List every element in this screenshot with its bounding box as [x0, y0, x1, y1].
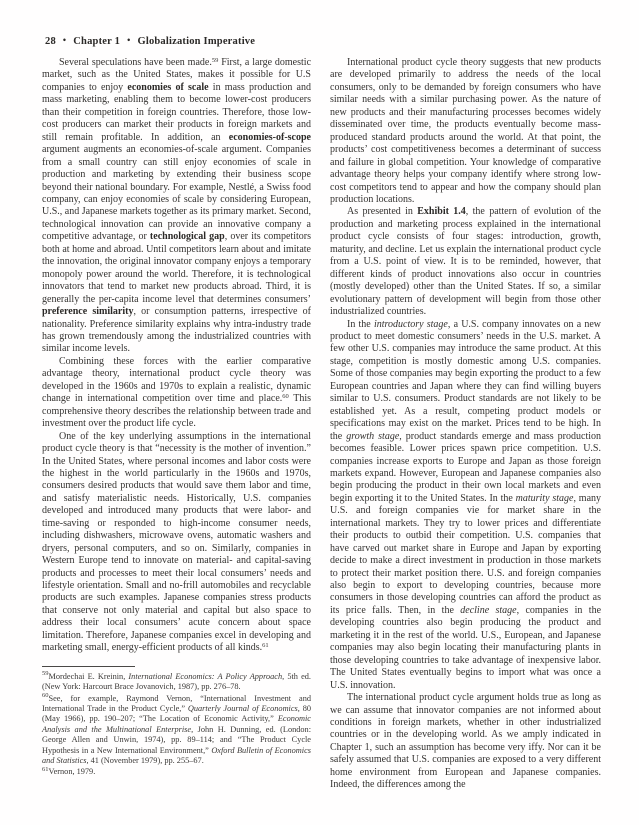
bullet-separator: •: [63, 35, 66, 45]
paragraph-speculations: Several speculations have been made.59 F…: [42, 57, 311, 356]
left-column: Several speculations have been made.59 F…: [42, 57, 311, 779]
chapter-label: Chapter 1: [73, 36, 120, 47]
paragraph-exhibit-14: As presented in Exhibit 1.4, the pattern…: [330, 206, 601, 318]
right-column: International product cycle theory sugge…: [330, 57, 601, 792]
bullet-separator: •: [127, 35, 130, 45]
page-header: 28•Chapter 1•Globalization Imperative: [45, 36, 255, 47]
footnote-61: 61Vernon, 1979.: [42, 767, 311, 777]
paragraph-product-cycle-theory: International product cycle theory sugge…: [330, 57, 601, 206]
paragraph-combining-forces: Combining these forces with the earlier …: [42, 356, 311, 431]
paragraph-four-stages: In the introductory stage, a U.S. compan…: [330, 319, 601, 693]
paragraph-argument-holds-true: The international product cycle argument…: [330, 692, 601, 792]
page-number: 28: [45, 36, 56, 47]
chapter-title: Globalization Imperative: [137, 36, 255, 47]
footnote-59: 59Mordechai E. Kreinin, International Ec…: [42, 672, 311, 693]
footnote-separator: [42, 666, 135, 667]
footnote-60: 60See, for example, Raymond Vernon, “Int…: [42, 694, 311, 767]
paragraph-key-assumptions: One of the key underlying assumptions in…: [42, 431, 311, 655]
document-page: 28•Chapter 1•Globalization Imperative Se…: [0, 0, 639, 825]
